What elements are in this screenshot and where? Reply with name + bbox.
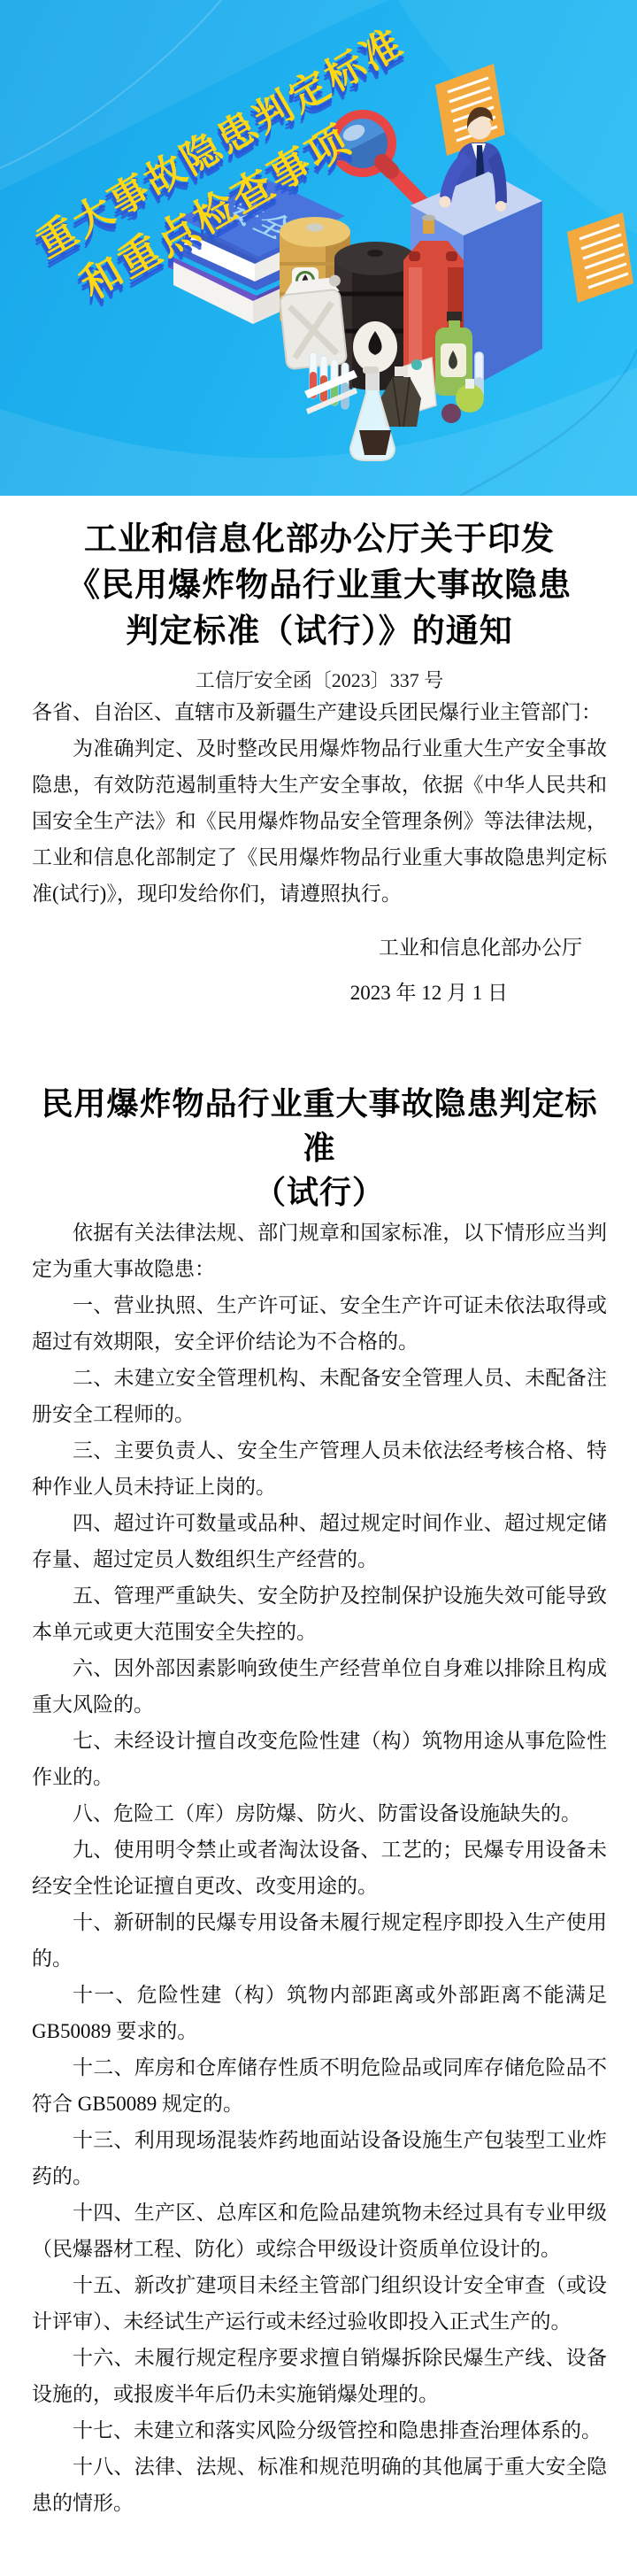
standard-item: 十八、法律、法规、标准和规范明确的其他属于重大安全隐患的情形。 — [32, 2449, 607, 2521]
standard-item: 十四、生产区、总库区和危险品建筑物未经过具有专业甲级（民爆器材工程、防化）或综合… — [32, 2194, 607, 2267]
notice-title-line2: 《民用爆炸物品行业重大事故隐患 — [32, 563, 607, 609]
issue-date: 2023 年 12 月 1 日 — [32, 975, 607, 1011]
standard-item: 二、未建立安全管理机构、未配备安全管理人员、未配备注册安全工程师的。 — [32, 1360, 607, 1432]
standard-item: 十六、未履行规定程序要求擅自销爆拆除民爆生产线、设备设施的，或报废半年后仍未实施… — [32, 2340, 607, 2412]
standard-item: 十五、新改扩建项目未经主管部门组织设计安全审查（或设计评审）、未经试生产运行或未… — [32, 2267, 607, 2340]
notice-document: 工业和信息化部办公厅关于印发 《民用爆炸物品行业重大事故隐患 判定标准（试行）》… — [0, 496, 637, 2521]
page: 安全 — [0, 0, 637, 2576]
standard-title-line1: 民用爆炸物品行业重大事故隐患判定标准 — [32, 1082, 607, 1170]
standard-item: 十一、危险性建（构）筑物内部距离或外部距离不能满足 GB50089 要求的。 — [32, 1977, 607, 2049]
standard-items: 一、营业执照、生产许可证、安全生产许可证未依法取得或超过有效期限，安全评价结论为… — [32, 1287, 607, 2521]
standard-item: 四、超过许可数量或品种、超过规定时间作业、超过规定储存量、超过定员人数组织生产经… — [32, 1505, 607, 1577]
notice-title-line1: 工业和信息化部办公厅关于印发 — [32, 517, 607, 563]
standard-item: 十二、库房和仓库储存性质不明危险品或同库存储危险品不符合 GB50089 规定的… — [32, 2049, 607, 2122]
standard-item: 十七、未建立和落实风险分级管控和隐患排查治理体系的。 — [32, 2412, 607, 2449]
document-number: 工信厅安全函〔2023〕337 号 — [32, 667, 607, 694]
standard-item: 一、营业执照、生产许可证、安全生产许可证未依法取得或超过有效期限，安全评价结论为… — [32, 1287, 607, 1360]
standard-item: 六、因外部因素影响致使生产经营单位自身难以排除且构成重大风险的。 — [32, 1650, 607, 1723]
issuer-signature: 工业和信息化部办公厅 — [32, 929, 607, 966]
standard-item: 九、使用明令禁止或者淘汰设备、工艺的；民爆专用设备未经安全性论证擅自更改、改变用… — [32, 1832, 607, 1904]
document-sheet-icon — [435, 64, 505, 156]
notice-title: 工业和信息化部办公厅关于印发 《民用爆炸物品行业重大事故隐患 判定标准（试行）》… — [32, 517, 607, 655]
notice-title-line3: 判定标准（试行）》的通知 — [32, 609, 607, 655]
standard-item: 五、管理严重缺失、安全防护及控制保护设施失效可能导致本单元或更大范围安全失控的。 — [32, 1577, 607, 1650]
banner: 安全 — [0, 0, 637, 496]
standard-title: 民用爆炸物品行业重大事故隐患判定标准 （试行） — [32, 1082, 607, 1215]
standard-intro: 依据有关法律法规、部门规章和国家标准，以下情形应当判定为重大事故隐患： — [32, 1215, 607, 1287]
standard-item: 三、主要负责人、安全生产管理人员未依法经考核合格、特种作业人员未持证上岗的。 — [32, 1432, 607, 1505]
salutation: 各省、自治区、直辖市及新疆生产建设兵团民爆行业主管部门： — [32, 694, 607, 730]
standard-item: 十、新研制的民爆专用设备未履行规定程序即投入生产使用的。 — [32, 1904, 607, 1977]
standard-title-line2: （试行） — [32, 1170, 607, 1215]
standard-item: 八、危险工（库）房防爆、防火、防雷设备设施缺失的。 — [32, 1795, 607, 1832]
standard-item: 十三、利用现场混装炸药地面站设备设施生产包装型工业炸药的。 — [32, 2122, 607, 2194]
document-sheet-icon — [567, 212, 633, 303]
standard-item: 七、未经设计擅自改变危险性建（构）筑物用途从事危险性作业的。 — [32, 1723, 607, 1795]
notice-body: 为准确判定、及时整改民用爆炸物品行业重大生产安全事故隐患，有效防范遏制重特大生产… — [32, 730, 607, 912]
